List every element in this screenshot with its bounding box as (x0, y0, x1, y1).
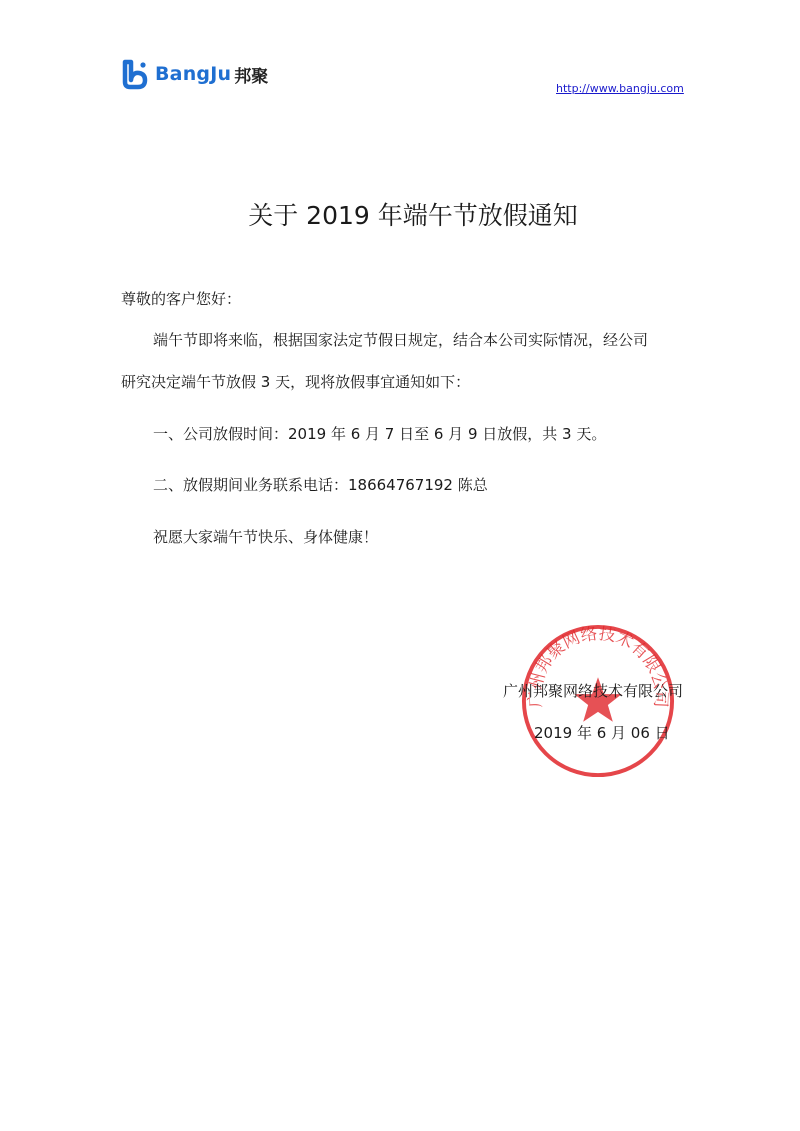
page-title: 关于 2019 年端午节放假通知 (0, 196, 800, 232)
intro-paragraph-line-2: 研究决定端午节放假 3 天，现将放假事宜通知如下： (121, 371, 470, 392)
salutation: 尊敬的客户您好： (121, 288, 241, 309)
intro-paragraph-line-1: 端午节即将来临，根据国家法定节假日规定，结合本公司实际情况，经公司 (153, 329, 648, 350)
closing-wishes: 祝愿大家端午节快乐、身体健康！ (153, 526, 378, 547)
list-item-contact-phone: 二、放假期间业务联系电话：18664767192 陈总 (153, 474, 488, 495)
signature-company: 广州邦聚网络技术有限公司 (503, 680, 683, 701)
logo-text: BangJu (155, 63, 231, 85)
bangju-logo-icon (121, 58, 149, 90)
company-logo: BangJu 邦聚 (121, 58, 268, 90)
signature-date: 2019 年 6 月 06 日 (534, 722, 670, 743)
logo-chinese-text: 邦聚 (234, 62, 268, 87)
list-item-holiday-dates: 一、公司放假时间：2019 年 6 月 7 日至 6 月 9 日放假，共 3 天… (153, 423, 606, 444)
website-link[interactable]: http://www.bangju.com (556, 82, 684, 95)
company-seal-stamp-icon: 广州邦聚网络技术有限公司 (519, 622, 677, 780)
